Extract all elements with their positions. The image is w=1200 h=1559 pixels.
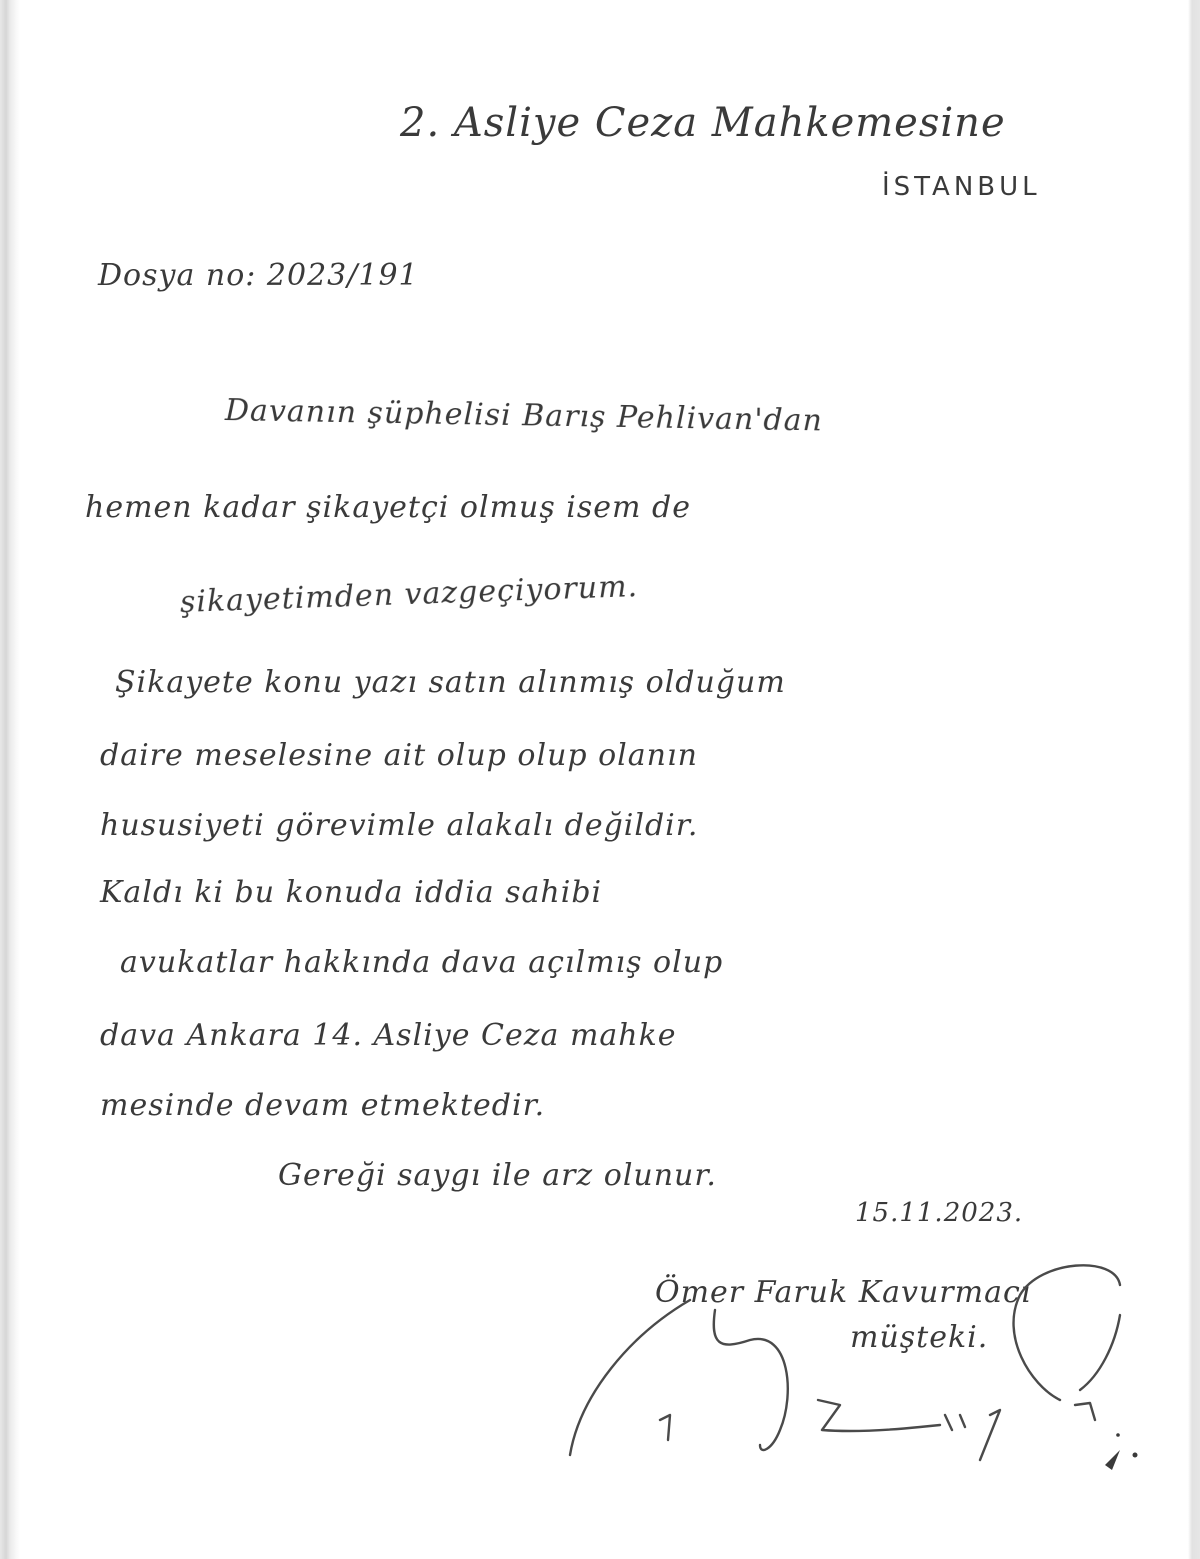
body-line-9: dava Ankara 14. Asliye Ceza mahke <box>100 1018 677 1053</box>
body-line-4: Şikayete konu yazı satın alınmış olduğum <box>115 665 786 700</box>
closing-line: Gereği saygı ile arz olunur. <box>278 1158 717 1193</box>
body-line-3: şikayetimden vazgeçiyorum. <box>179 569 638 620</box>
scan-right-edge <box>1188 0 1200 1559</box>
case-number: Dosya no: 2023/191 <box>98 258 419 293</box>
recipient-city: İSTANBUL <box>882 172 1041 202</box>
body-line-10: mesinde devam etmektedir. <box>100 1088 545 1123</box>
body-line-8: avukatlar hakkında dava açılmış olup <box>120 945 723 980</box>
letter-date: 15.11.2023. <box>855 1198 1023 1228</box>
body-line-1: Davanın şüphelisi Barış Pehlivan'dan <box>225 393 824 438</box>
recipient-court: 2. Asliye Ceza Mahkemesine <box>400 100 1006 146</box>
scan-left-edge <box>0 0 20 1559</box>
body-line-2: hemen kadar şikayetçi olmuş isem de <box>85 490 691 525</box>
letter-page: 2. Asliye Ceza Mahkemesine İSTANBUL Dosy… <box>20 0 1188 1559</box>
body-line-7: Kaldı ki bu konuda iddia sahibi <box>100 875 602 910</box>
signature-scribble <box>560 1255 1160 1495</box>
body-line-5: daire meselesine ait olup olup olanın <box>100 738 698 773</box>
body-line-6: hususiyeti görevimle alakalı değildir. <box>100 808 698 843</box>
